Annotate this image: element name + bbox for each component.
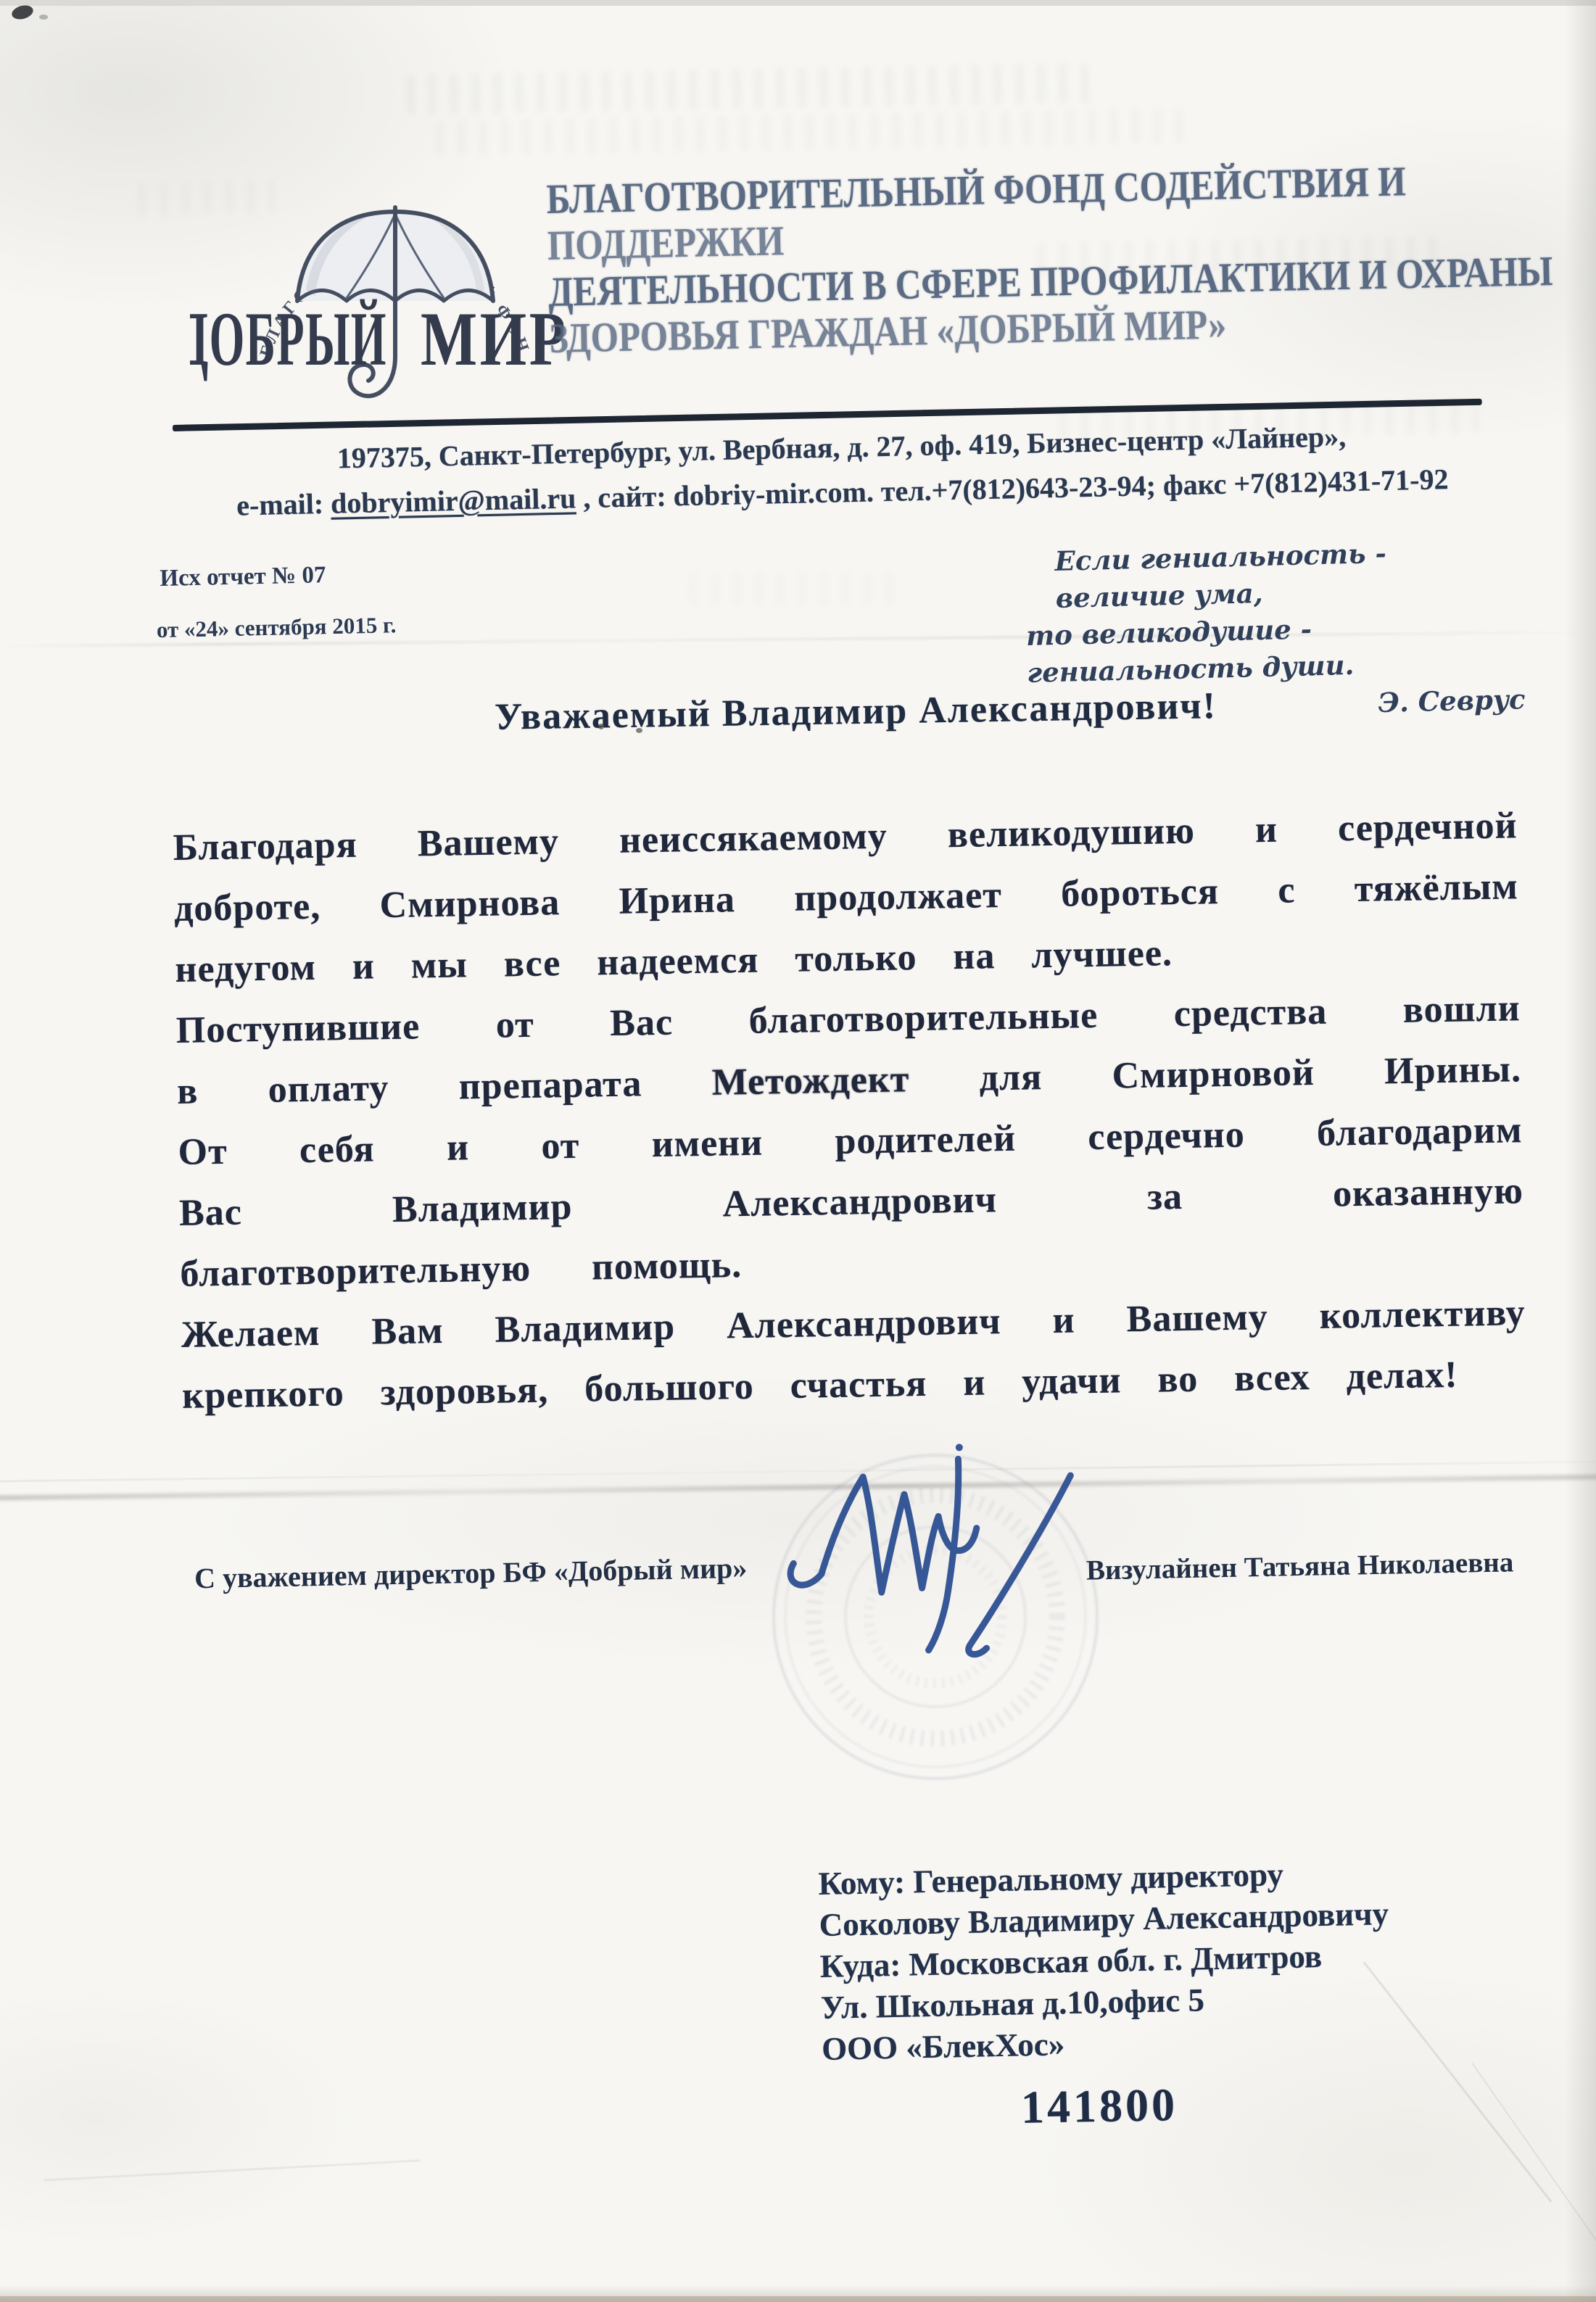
logo-word-mir: МИР	[421, 296, 563, 381]
signature-label: С уважением директор БФ «Добрый мир»	[194, 1551, 748, 1596]
signature-name: Визулайнен Татьяна Николаевна	[1086, 1546, 1514, 1586]
scan-corner-mark	[10, 3, 35, 21]
body-paragraph-2: Поступившие от Вас благотворительные сре…	[175, 978, 1525, 1305]
letterhead-address: 197375, Санкт-Петербург, ул. Вербная, д.…	[189, 411, 1495, 529]
ink-speck	[636, 728, 642, 733]
signature-scribble	[741, 1429, 1112, 1681]
email-text: dobryimir@mail.ru	[331, 481, 576, 519]
epigraph-line: Если гениальность - величие ума,	[1024, 531, 1526, 618]
logo-word-dobry: ДОБРЫЙ	[190, 297, 387, 381]
email-label: e-mail:	[236, 487, 331, 522]
ref-date: от «24» сентября 2015 г.	[156, 612, 396, 643]
salutation: Уважаемый Владимир Александрович!	[116, 679, 1596, 745]
postal-code: 141800	[1020, 2078, 1178, 2135]
bleed-through-ghost	[689, 573, 906, 606]
drug-name: Метождект	[711, 1059, 910, 1104]
org-name-block: БЛАГОТВОРИТЕЛЬНЫЙ ФОНД СОДЕЙСТВИЯ И ПОДД…	[546, 156, 1507, 362]
paper-crease	[44, 2159, 420, 2181]
ref-block: Исх отчет № 07 от «24» сентября 2015 г.	[160, 560, 397, 643]
scan-edge-right-shadow	[1564, 0, 1596, 2302]
letter-body: Благодаря Вашему неиссякаемому великодуш…	[173, 795, 1527, 1427]
scan-edge-top	[0, 0, 1596, 6]
recipient-block: Кому: Генеральному директору Соколову Вл…	[818, 1852, 1392, 2070]
ink-speck	[598, 724, 604, 729]
paper-crease	[1363, 1961, 1552, 2203]
body-paragraph-1: Благодаря Вашему неиссякаемому великодуш…	[173, 795, 1520, 1001]
scanned-letter-page: БЛАГОТВОРИТЕЛЬНЫЙ ФОНД ДОБРЫЙ МИР БЛАГОТ…	[0, 0, 1596, 2302]
epigraph-line: то великодушие - гениальность души.	[1025, 605, 1527, 692]
ref-number: Исх отчет № 07	[160, 560, 395, 592]
scan-edge-bottom-line	[0, 2296, 1596, 2302]
org-name-text: ПОДДЕРЖКИ	[547, 218, 784, 269]
foundation-logo: БЛАГОТВОРИТЕЛЬНЫЙ ФОНД ДОБРЫЙ МИР	[190, 174, 563, 428]
bleed-through-ghost	[406, 63, 1096, 115]
scan-corner-mark-small	[39, 15, 48, 20]
bleed-through-ghost	[435, 108, 1197, 156]
body-paragraph-3: Желаем Вам Владимир Александрович и Ваше…	[181, 1283, 1527, 1427]
